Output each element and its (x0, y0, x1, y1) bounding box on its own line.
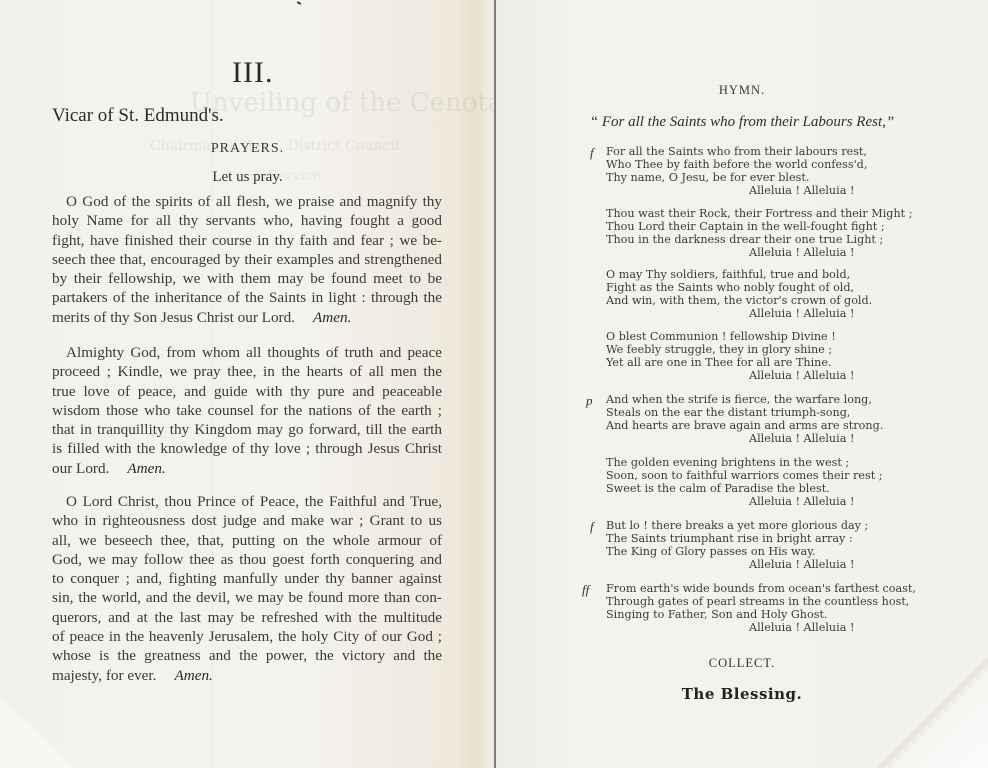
prayer-line: sin, the world, and the devil, we may be… (52, 588, 442, 607)
refrain: Alleluia ! Alleluia ! (606, 495, 883, 508)
prayer-line: wisdom those who take counsel for the na… (52, 401, 442, 420)
verse-line: Thou wast their Rock, their Fortress and… (606, 207, 912, 220)
prayer-line: is filled with the knowledge of thy love… (52, 439, 442, 458)
prayer-line: O God of the spirits of all flesh, we pr… (52, 192, 442, 211)
verse-line: Singing to Father, Son and Holy Ghost. (606, 608, 916, 621)
verse-line: And hearts are brave again and arms are … (606, 419, 883, 432)
verse-line: Through gates of pearl streams in the co… (606, 595, 916, 608)
hymn-verse-7: But lo ! there breaks a yet more gloriou… (606, 519, 868, 571)
show-through-title: Unveiling of the Cenotaph (190, 88, 495, 118)
dynamic-mark: p (586, 393, 593, 409)
prayer-line: fight, have finished their course in thy… (52, 231, 442, 250)
verse-line: The Saints triumphant rise in bright arr… (606, 532, 868, 545)
prayer-line: holy Name for all thy servants who, havi… (52, 211, 442, 230)
section-number: III. (232, 56, 273, 90)
prayer-line: O Lord Christ, thou Prince of Peace, the… (52, 492, 442, 511)
verse-line: Who Thee by faith before the world confe… (606, 158, 867, 171)
refrain: Alleluia ! Alleluia ! (606, 246, 912, 259)
refrain: Alleluia ! Alleluia ! (606, 369, 854, 382)
verse-line: O may Thy soldiers, faithful, true and b… (606, 268, 872, 281)
verse-line: O blest Communion ! fellowship Divine ! (606, 330, 854, 343)
hymn-verse-2: Thou wast their Rock, their Fortress and… (606, 207, 912, 259)
prayer-invitation: Let us pray. (0, 169, 495, 186)
blessing-heading: The Blessing. (496, 685, 988, 703)
verse-line: And win, with them, the victor's crown o… (606, 294, 872, 307)
dynamic-mark: f (590, 145, 594, 161)
prayer-line: that in tranquillity thy Kingdom may go … (52, 420, 442, 439)
hymn-verse-5: And when the strife is fierce, the warfa… (606, 393, 883, 445)
prayer-3: O Lord Christ, thou Prince of Peace, the… (52, 492, 442, 685)
verse-line: The King of Glory passes on His way. (606, 545, 868, 558)
prayer-line-final: majesty, for ever.Amen. (52, 666, 442, 685)
speaker-heading: Vicar of St. Edmund's. (52, 105, 224, 127)
refrain: Alleluia ! Alleluia ! (606, 432, 883, 445)
verse-line: For all the Saints who from their labour… (606, 145, 867, 158)
verse-line: And when the strife is fierce, the warfa… (606, 393, 883, 406)
dynamic-mark: ff (582, 582, 589, 598)
prayer-line: to conquer ; and, fighting manfully unde… (52, 569, 442, 588)
hymn-verse-3: O may Thy soldiers, faithful, true and b… (606, 268, 872, 320)
worn-corner (0, 678, 90, 768)
verse-line: Steals on the ear the distant triumph-so… (606, 406, 883, 419)
prayer-line: partakers of the inheritance of the Sain… (52, 288, 442, 307)
refrain: Alleluia ! Alleluia ! (606, 307, 872, 320)
amen: Amen. (127, 460, 165, 477)
collect-heading: COLLECT. (496, 656, 988, 671)
prayer-line: merits of thy Son Jesus Christ our Lord. (52, 309, 295, 326)
hymn-title: “ For all the Saints who from their Labo… (496, 114, 988, 131)
prayer-line: majesty, for ever. (52, 667, 156, 684)
verse-line: Thou in the darkness drear their one tru… (606, 233, 912, 246)
amen: Amen. (313, 309, 351, 326)
hymn-verse-8: From earth's wide bounds from ocean's fa… (606, 582, 916, 634)
prayer-line: God, we may follow thee as thou goest fo… (52, 550, 442, 569)
hymn-heading: HYMN. (496, 83, 988, 98)
verse-line: Fight as the Saints who nobly fought of … (606, 281, 872, 294)
verse-line: Yet all are one in Thee for all are Thin… (606, 356, 854, 369)
prayer-2: Almighty God, from whom all thoughts of … (52, 343, 442, 478)
prayer-line: whose is the greatness and the power, th… (52, 646, 442, 665)
prayer-line: true love of peace, and guide with thy p… (52, 382, 442, 401)
hymn-verse-1: For all the Saints who from their labour… (606, 145, 867, 197)
prayer-line: querors, and at the last may be refreshe… (52, 608, 442, 627)
prayer-line: seech thee that, encouraged by their exa… (52, 250, 442, 269)
prayer-line: our Lord. (52, 460, 109, 477)
verse-line: The golden evening brightens in the west… (606, 456, 883, 469)
prayer-line-final: merits of thy Son Jesus Christ our Lord.… (52, 308, 442, 327)
verse-line: Thy name, O Jesu, be for ever blest. (606, 171, 867, 184)
refrain: Alleluia ! Alleluia ! (606, 558, 868, 571)
amen: Amen. (174, 667, 212, 684)
prayers-heading: PRAYERS. (0, 141, 495, 157)
prayer-1: O God of the spirits of all flesh, we pr… (52, 192, 442, 327)
refrain: Alleluia ! Alleluia ! (606, 621, 916, 634)
prayer-line: all, we beseech thee, that, putting on t… (52, 531, 442, 550)
verse-line: But lo ! there breaks a yet more gloriou… (606, 519, 868, 532)
verse-line: Sweet is the calm of Paradise the blest. (606, 482, 883, 495)
dynamic-mark: f (590, 519, 594, 535)
hymn-verse-4: O blest Communion ! fellowship Divine ! … (606, 330, 854, 382)
prayer-line: Almighty God, from whom all thoughts of … (52, 343, 442, 362)
prayer-line: who in righteousness dost judge and make… (52, 511, 442, 530)
verse-line: We feebly struggle, they in glory shine … (606, 343, 854, 356)
verse-line: Soon, soon to faithful warriors comes th… (606, 469, 883, 482)
prayer-line: of peace in the heavenly Jerusalem, the … (52, 627, 442, 646)
prayer-line: by their fellowship, we with them may be… (52, 269, 442, 288)
prayer-line-final: our Lord.Amen. (52, 459, 442, 478)
verse-line: From earth's wide bounds from ocean's fa… (606, 582, 916, 595)
refrain: Alleluia ! Alleluia ! (606, 184, 867, 197)
verse-line: Thou Lord their Captain in the well-foug… (606, 220, 912, 233)
prayer-line: proceed ; Kindle, we pray thee, in the h… (52, 362, 442, 381)
hymn-verse-6: The golden evening brightens in the west… (606, 456, 883, 508)
